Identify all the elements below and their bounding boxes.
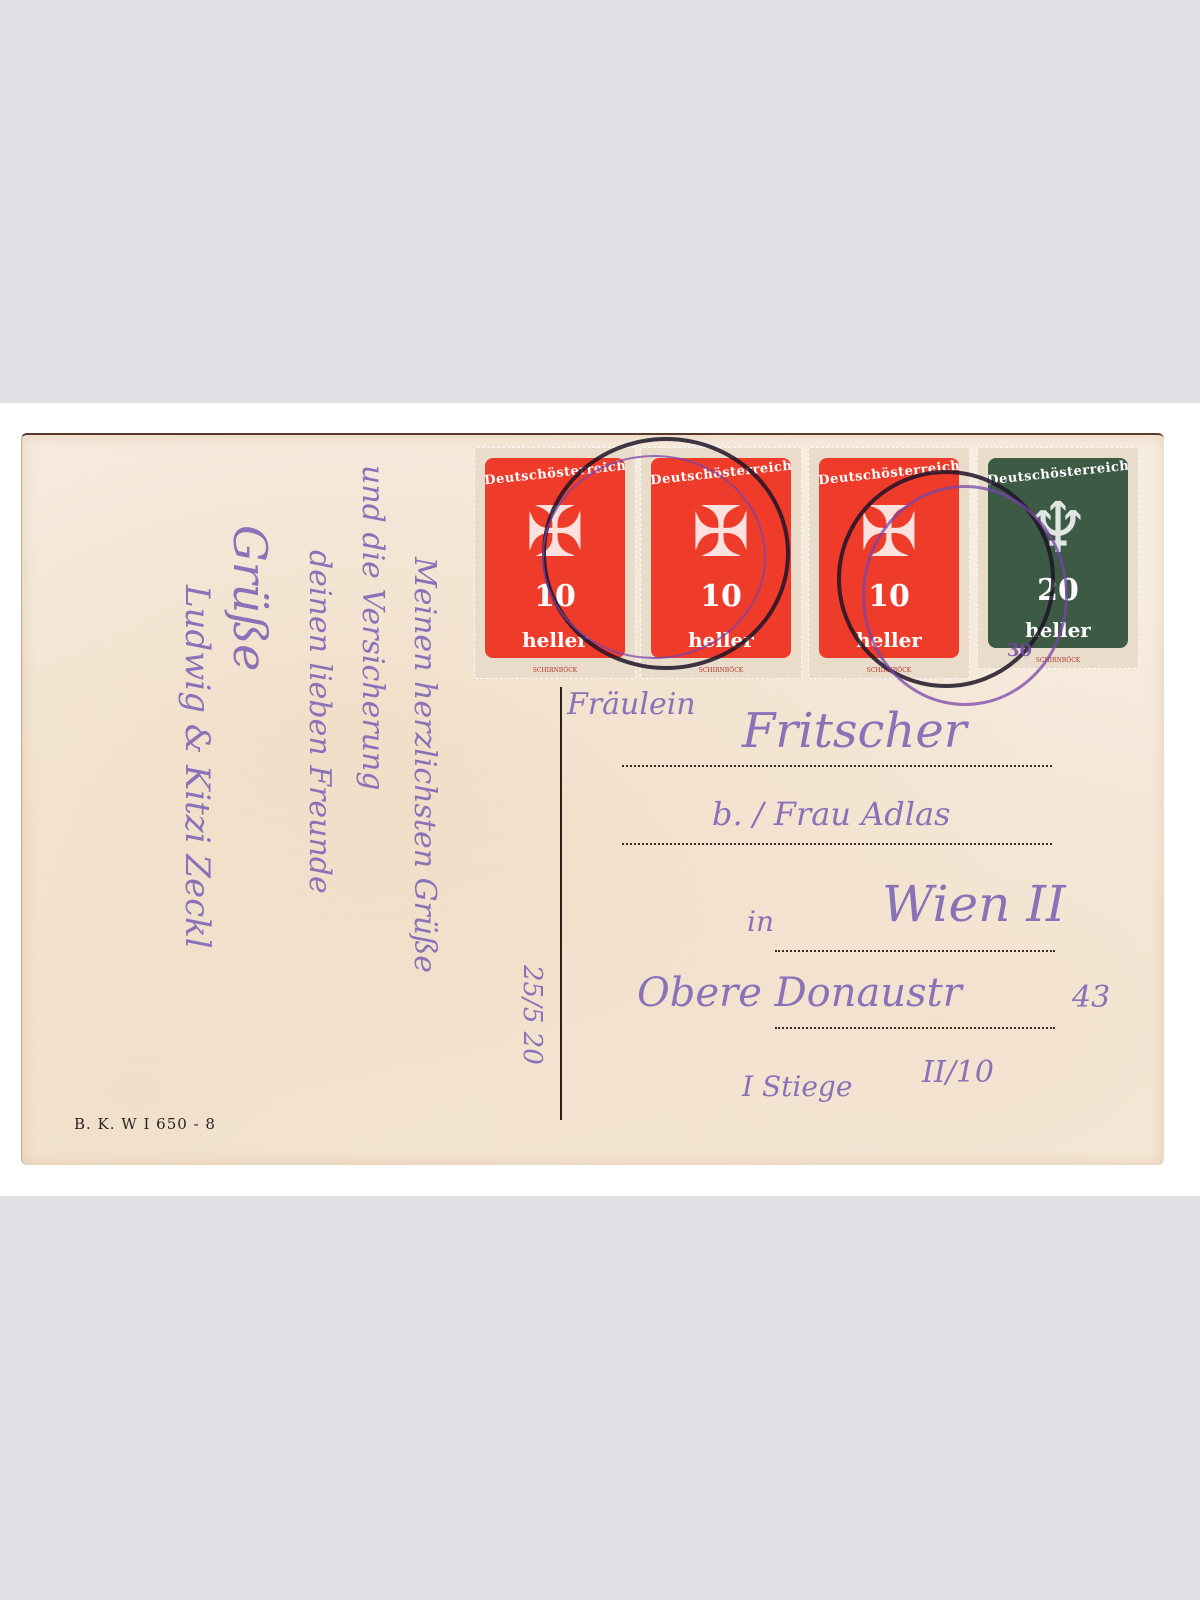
stamp-printer: SCHIRNBÖCK [475,667,635,674]
address-number: 43 [1072,980,1110,1015]
message-signature: Ludwig & Kitzi Zeckl [177,585,217,949]
message-date: 25/5 20 [517,965,547,1065]
stamp-country: Deutschösterreich [988,459,1128,489]
address-detail: I Stiege [742,1070,852,1103]
address-name: Fritscher [742,703,967,759]
message-line-3: deinen lieben Freunde [302,550,337,894]
address-line-2 [622,843,1052,845]
postmark-left-violet [542,455,766,659]
address-line-1 [622,765,1052,767]
publisher-imprint: B. K. W I 650 - 8 [74,1115,216,1133]
address-city: Wien II [882,875,1066,933]
postmark-right-violet [862,485,1068,706]
card-divider [560,687,562,1120]
address-line-3 [775,950,1055,952]
message-greeting: Grüße [223,525,277,671]
address-line-4 [775,1027,1055,1029]
address-street: Obere Donaustr [637,970,962,1016]
message-line-2: und die Versicherung [355,465,390,791]
address-prefix: in [747,905,774,938]
postcard: Meinen herzlichsten Grüße und die Versic… [21,433,1164,1165]
address-apartment: II/10 [922,1055,994,1090]
message-line-1: Meinen herzlichsten Grüße [407,557,442,973]
postmark-date-text: 30 [1007,640,1032,661]
address-care-of: b. / Frau Adlas [712,795,950,833]
address-salutation: Fräulein [567,687,696,722]
